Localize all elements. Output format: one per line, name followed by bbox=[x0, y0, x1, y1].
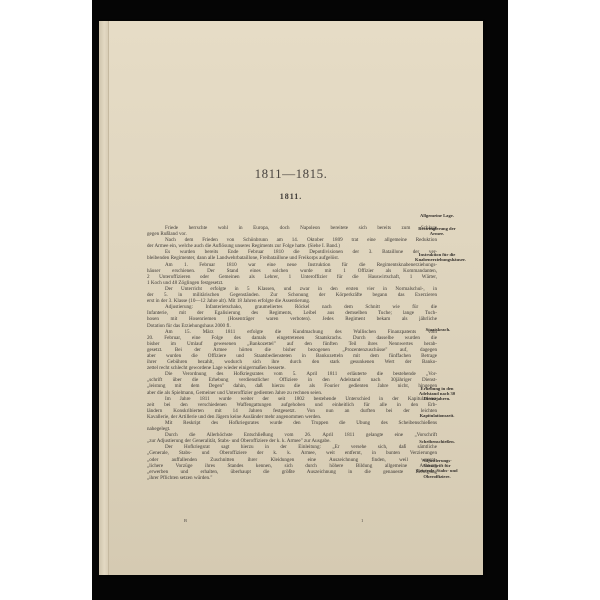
margin-note-instruktion: Instruktion für die Knabenerziehungshäus… bbox=[415, 252, 459, 262]
margin-note-kapitulationszeit: Kapitulationszeit. bbox=[415, 413, 459, 418]
book-page: 1811—1815. 1811. Friede herrschte wohl i… bbox=[99, 21, 483, 575]
margin-note-scheibenschiessen: Scheibenschießen. bbox=[415, 439, 459, 444]
margin-note-restringierung: Restringierung der Armee. bbox=[415, 226, 459, 236]
text-line: ländern Konskribierten mit 14 Jahren fes… bbox=[147, 408, 437, 414]
chapter-title: 1811—1815. bbox=[99, 166, 483, 182]
text-line: Am 15. März 1811 erfolgte die Kundmachun… bbox=[147, 329, 437, 335]
text-line: Am 1. Februar 1810 war eine neue Instruk… bbox=[147, 262, 437, 268]
text-line: hosen mit Hosenriemen (Hosenträger waren… bbox=[147, 316, 437, 322]
margin-note-allgemeine-lage: Allgemeine Lage. bbox=[415, 213, 459, 218]
text-line: Im Jahre 1811 wurde weiter der seit 1802… bbox=[147, 396, 437, 402]
text-line: „Generale, Stabs- und Oberoffiziere der … bbox=[147, 450, 437, 456]
margin-note-adelstand: Erhebung in den Adelstand nach 30 Dienst… bbox=[415, 386, 459, 402]
body-text: Friede herrschte wohl in Europa, doch Na… bbox=[147, 225, 437, 481]
text-line: häuser erschienen. Der Stand eines solch… bbox=[147, 268, 437, 274]
margin-note-adjustierungs-vorschrift: Adjustierungs-Vorschrift für Generale, S… bbox=[415, 458, 459, 479]
text-line: „oder auffallenden Zuschnitten ihrer Kle… bbox=[147, 457, 437, 463]
text-line: zeit bei den verschiedenen Waffengattung… bbox=[147, 402, 437, 408]
page-number: 1 bbox=[361, 518, 363, 523]
text-line: bisher im Umlauf gewesenen „Bankozettel"… bbox=[147, 341, 437, 347]
folio-signature: B bbox=[184, 518, 187, 523]
text-line: „ihrer Pflichten setzen würden." bbox=[147, 475, 437, 481]
margin-note-staatskrach: Staatskrach. bbox=[413, 327, 463, 332]
text-line: 2 Unteroffizieren oder Gemeinen als Lehr… bbox=[147, 274, 437, 280]
text-line: „lichere Vorzüge ihres Standes kennen, s… bbox=[147, 463, 437, 469]
text-line: „leistung mit dem Degen" dahin, daß hier… bbox=[147, 383, 437, 389]
text-line: 20. Februar, eine Folge des damals einge… bbox=[147, 335, 437, 341]
text-line: Mit Reskript des Hofkriegsrates wurde de… bbox=[147, 420, 437, 426]
text-line: „erwerben und erhalten, überhaupt die gr… bbox=[147, 469, 437, 475]
text-line: Friede herrschte wohl in Europa, doch Na… bbox=[147, 225, 437, 231]
section-year-heading: 1811. bbox=[99, 192, 483, 201]
page-gutter bbox=[99, 21, 109, 575]
